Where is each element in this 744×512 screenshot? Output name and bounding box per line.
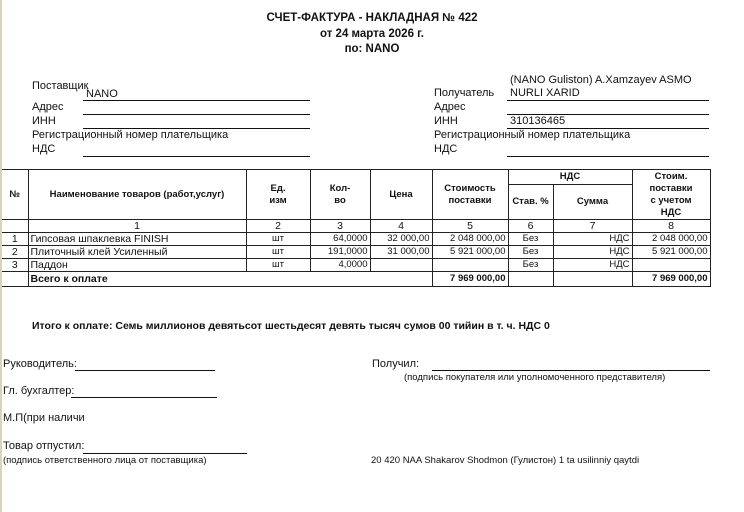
total-row: Всего к оплате 7 969 000,00 7 969 000,00 [2, 272, 710, 287]
row-name: Гипсовая шпаклевка FINISH [28, 233, 246, 246]
recipient-inn: 310136465 [510, 115, 565, 127]
row-total: 5 921 000,00 [632, 246, 710, 259]
header-total-line3: с учетом [635, 195, 708, 207]
recipient-address-label: Адрес [434, 101, 466, 113]
received-label: Получил: [372, 358, 419, 370]
recipient-vat-line [507, 156, 709, 157]
total-label: Всего к оплате [28, 272, 432, 287]
header-name: Наименование товаров (работ,услуг) [28, 170, 246, 220]
released-note: (подпись ответственного лица от поставщи… [3, 455, 207, 466]
row-vat-sum: НДС [553, 246, 632, 259]
supplier-address-label: Адрес [32, 101, 64, 113]
director-label: Руководитель: [3, 358, 77, 370]
col-number: 7 [553, 220, 632, 233]
invoice-date: от 24 марта 2026 г. [0, 28, 744, 40]
table-row: 1 Гипсовая шпаклевка FINISH шт 64,0000 3… [2, 233, 710, 246]
released-signature-line [83, 453, 247, 454]
col-number: 3 [310, 220, 370, 233]
header-cost-line2: поставки [435, 195, 506, 207]
row-cost: 2 048 000,00 [432, 233, 508, 246]
header-vat-sum: Сумма [553, 185, 632, 220]
row-total [632, 259, 710, 272]
invoice-items-table: № Наименование товаров (работ,услуг) Ед.… [2, 169, 711, 287]
header-vat-rate: Став. % [508, 185, 553, 220]
total-vat-rate [508, 272, 553, 287]
invoice-title: СЧЕТ-ФАКТУРА - НАКЛАДНАЯ № 422 [0, 12, 744, 24]
row-price: 32 000,00 [370, 233, 432, 246]
header-qty: Кол- во [310, 170, 370, 220]
amount-in-words: Итого к оплате: Семь миллионов девятьсот… [32, 320, 550, 332]
row-vat-rate: Без [508, 233, 553, 246]
header-total-line4: НДС [635, 207, 708, 219]
row-unit: шт [246, 259, 310, 272]
row-name: Паддон [28, 259, 246, 272]
row-num: 1 [2, 233, 28, 246]
col-number: 1 [28, 220, 246, 233]
row-price [370, 259, 432, 272]
recipient-name-line [507, 100, 709, 101]
supplier-name-line [83, 100, 310, 101]
column-numbers-row: 1 2 3 4 5 6 7 8 [2, 220, 710, 233]
row-vat-sum: НДС [553, 259, 632, 272]
header-total-line1: Стоим. [635, 171, 708, 183]
row-total: 2 048 000,00 [632, 233, 710, 246]
row-qty: 64,0000 [310, 233, 370, 246]
header-price: Цена [370, 170, 432, 220]
header-total-line2: поставки [635, 183, 708, 195]
recipient-pre-line: (NANO Guliston) A.Xamzayev ASMO [510, 74, 692, 86]
recipient-reg-label: Регистрационный номер плательщика [434, 129, 630, 141]
header-qty-line2: во [313, 195, 368, 207]
row-num: 3 [2, 259, 28, 272]
supplier-vat-line [83, 156, 310, 157]
recipient-inn-label: ИНН [434, 115, 458, 127]
header-total: Стоим. поставки с учетом НДС [632, 170, 710, 220]
total-row-blank [2, 272, 28, 287]
row-num: 2 [2, 246, 28, 259]
header-unit-line2: изм [249, 195, 308, 207]
header-cost-line1: Стоимость [435, 183, 506, 195]
header-vat-group: НДС [508, 170, 632, 185]
row-cost [432, 259, 508, 272]
row-name: Плиточный клей Усиленный [28, 246, 246, 259]
table-row: 2 Плиточный клей Усиленный шт 191,0000 3… [2, 246, 710, 259]
header-qty-line1: Кол- [313, 183, 368, 195]
col-number: 8 [632, 220, 710, 233]
supplier-name: NANO [86, 88, 118, 100]
table-row: 3 Паддон шт 4,0000 Без НДС [2, 259, 710, 272]
recipient-name: NURLI XARID [510, 87, 580, 99]
accountant-signature-line [71, 397, 217, 398]
col-number: 2 [246, 220, 310, 233]
row-cost: 5 921 000,00 [432, 246, 508, 259]
stamp-label: М.П(при наличии [3, 412, 85, 424]
col-number: 5 [432, 220, 508, 233]
row-qty: 191,0000 [310, 246, 370, 259]
accountant-label: Гл. бухгалтер: [3, 385, 74, 397]
supplier-reg-label: Регистрационный номер плательщика [32, 129, 228, 141]
col-number-blank [2, 220, 28, 233]
recipient-label: Получатель [434, 87, 494, 99]
supplier-inn-label: ИНН [32, 115, 56, 127]
total-vat-sum [553, 272, 632, 287]
row-price: 31 000,00 [370, 246, 432, 259]
row-vat-rate: Без [508, 246, 553, 259]
received-signature-line [432, 370, 710, 371]
row-vat-rate: Без [508, 259, 553, 272]
supplier-label: Поставщик [32, 80, 88, 92]
col-number: 4 [370, 220, 432, 233]
row-vat-sum: НДС [553, 233, 632, 246]
total-cost: 7 969 000,00 [432, 272, 508, 287]
released-label: Товар отпустил: [3, 440, 84, 452]
col-number: 6 [508, 220, 553, 233]
recipient-vat-label: НДС [434, 143, 457, 155]
total-with-vat: 7 969 000,00 [632, 272, 710, 287]
director-signature-line [75, 370, 215, 371]
header-num: № [2, 170, 28, 220]
row-qty: 4,0000 [310, 259, 370, 272]
footer-note: 20 420 NAA Shakarov Shodmon (Гулистон) 1… [371, 455, 639, 466]
row-unit: шт [246, 233, 310, 246]
row-unit: шт [246, 246, 310, 259]
supplier-vat-label: НДС [32, 143, 55, 155]
supplier-address-line [83, 114, 310, 115]
received-note: (подпись покупателя или уполномоченного … [404, 372, 665, 383]
header-cost: Стоимость поставки [432, 170, 508, 220]
invoice-by: по: NANO [0, 43, 744, 55]
header-unit-line1: Ед. [249, 183, 308, 195]
header-unit: Ед. изм [246, 170, 310, 220]
